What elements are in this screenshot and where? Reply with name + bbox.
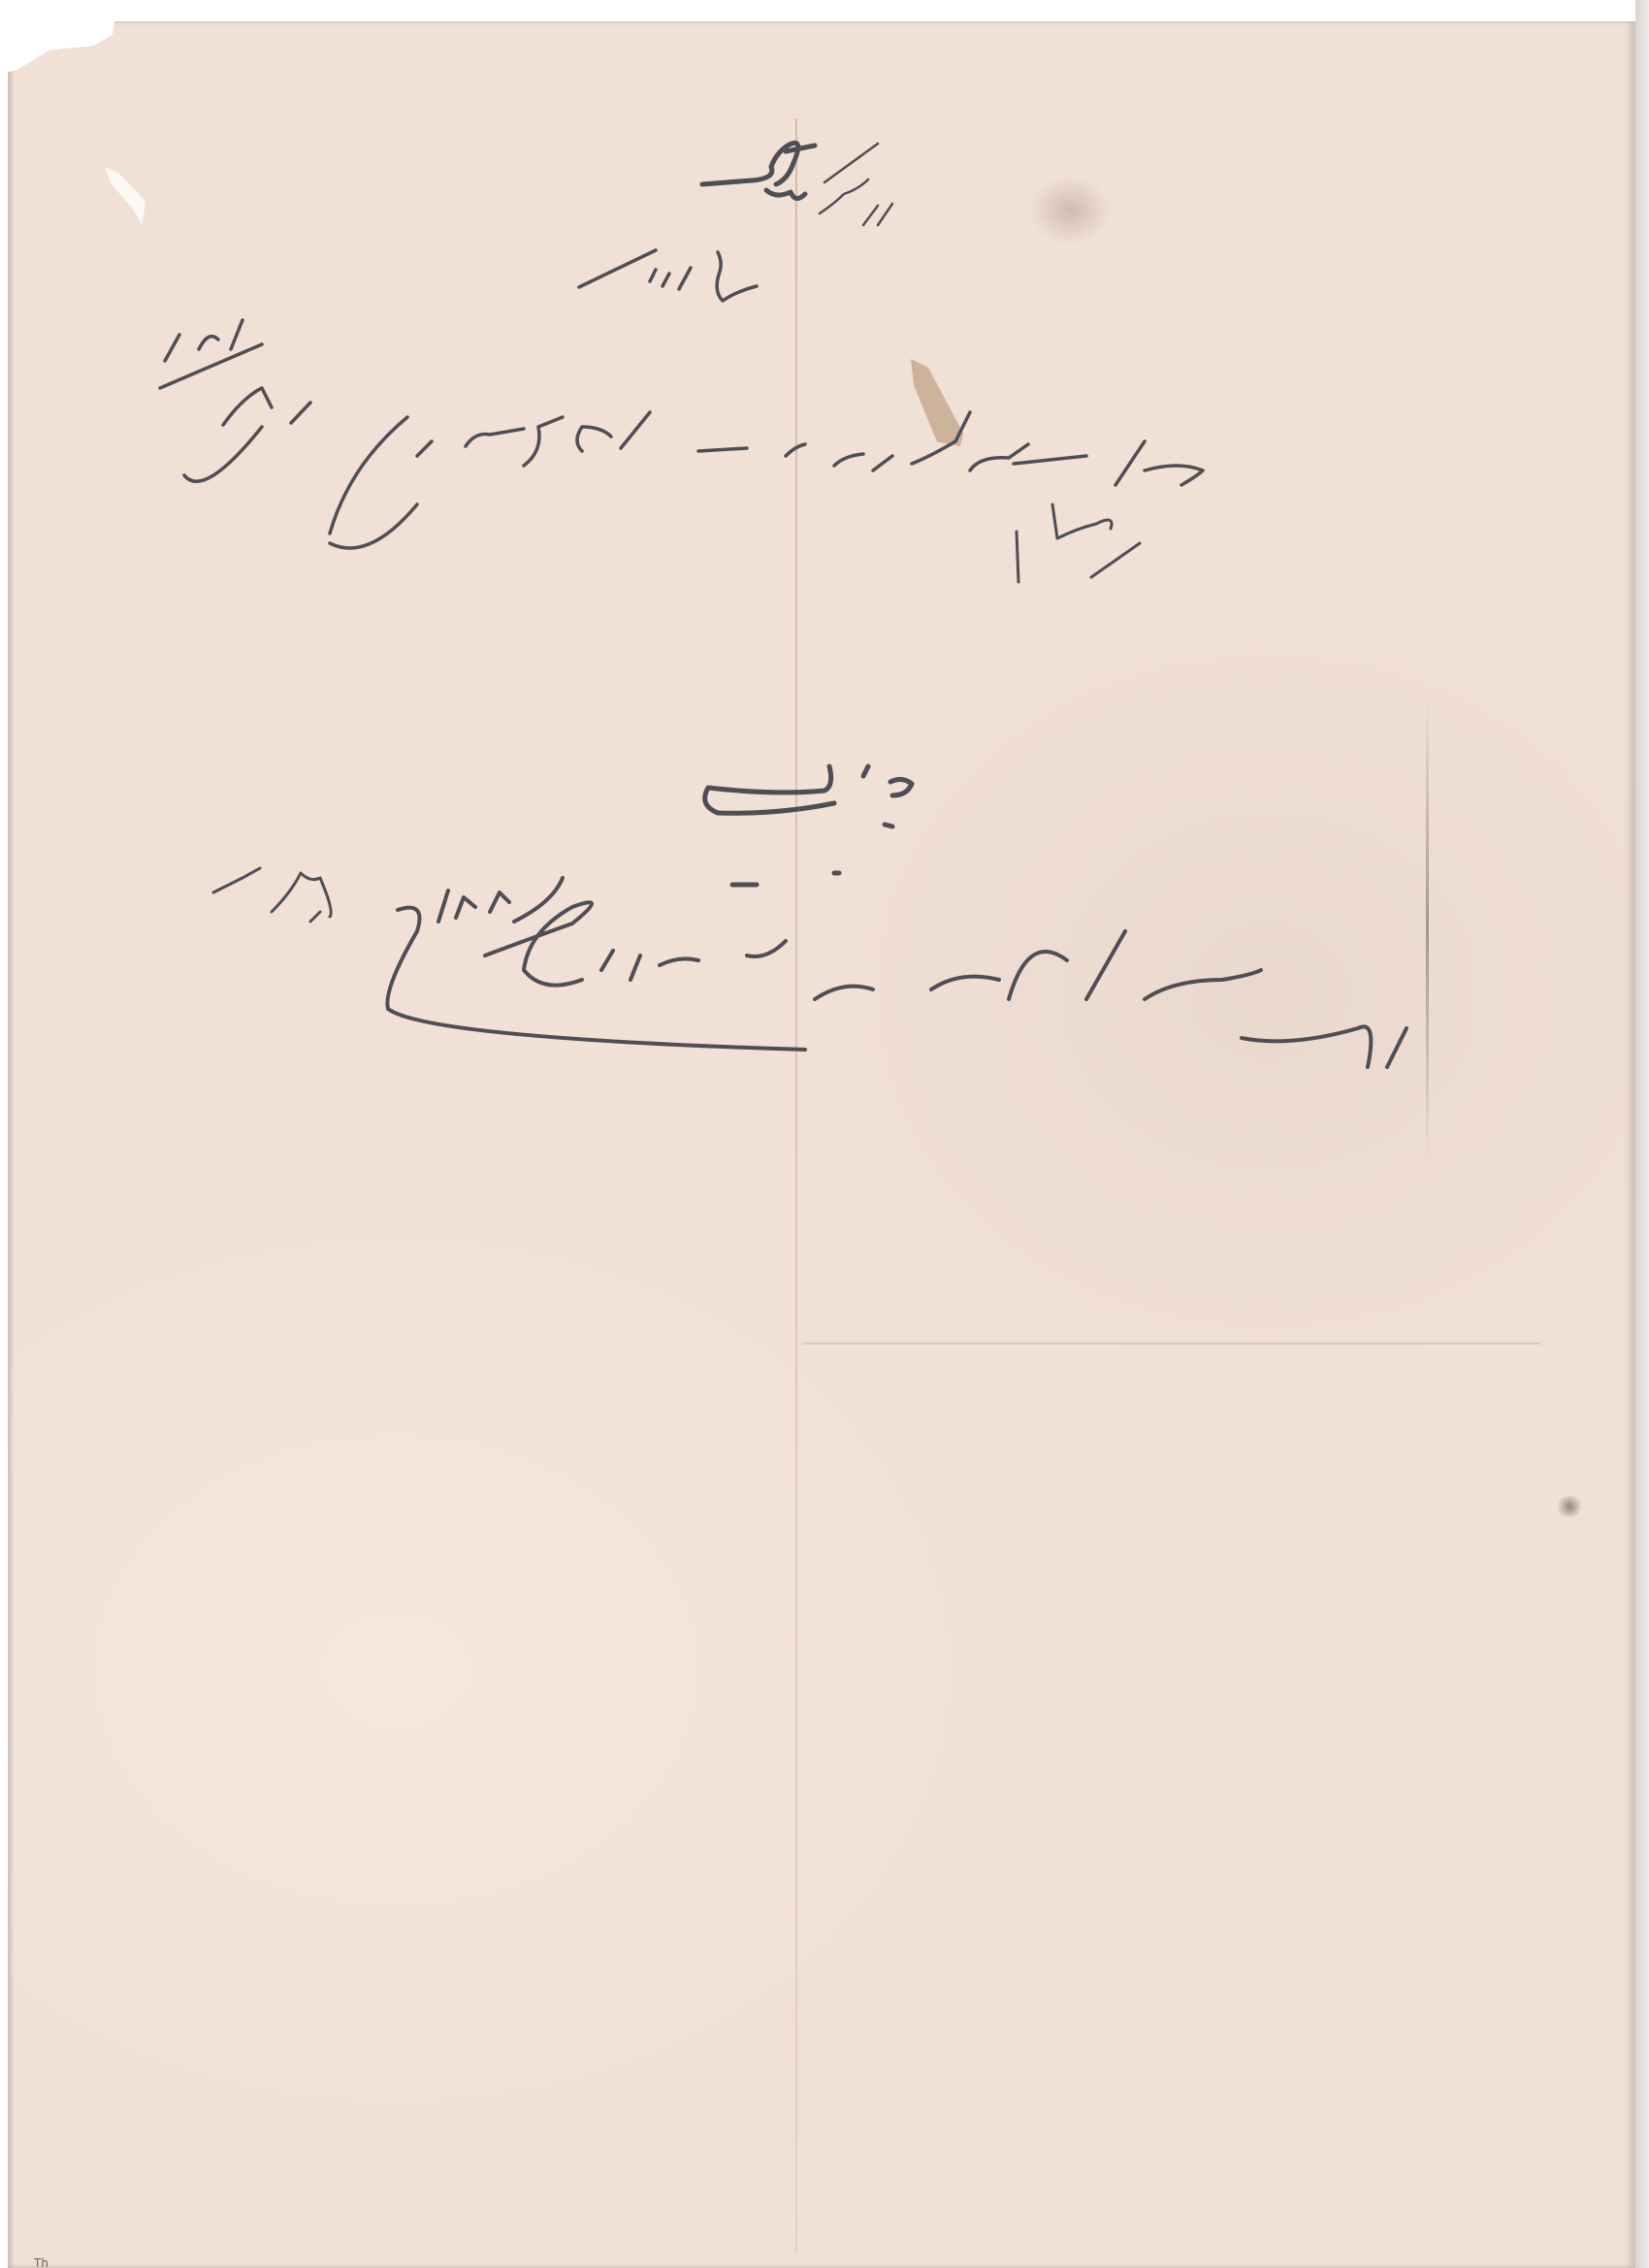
header-subtitle: عدد ۱۱	[815, 184, 895, 216]
date-line-strokes	[387, 878, 1406, 1067]
paragraph-1-margin-note: ۱۳۱۹	[145, 320, 204, 352]
section-2-text: سالی سعدم شس کلکر محمول عقا بتاریخ ۹ مار…	[398, 931, 1030, 963]
date-year: ۱۹۳۶	[436, 883, 495, 915]
paragraph-1-text: سالی سس سعکر ردرد حصب ولوالکتبا اسر سعود…	[330, 427, 1026, 459]
header-number-line: فی ۱۲۱	[582, 254, 670, 286]
approval-mark: صحا ۱	[1018, 514, 1090, 546]
section-2-margin-note: فخرالدین	[213, 868, 317, 900]
section-2-heading: شهادت	[708, 766, 790, 798]
header-title: رحمکه معنا	[698, 155, 826, 187]
bottom-text-fragment: Th	[34, 2256, 48, 2268]
handwriting-ink	[0, 0, 1649, 2268]
